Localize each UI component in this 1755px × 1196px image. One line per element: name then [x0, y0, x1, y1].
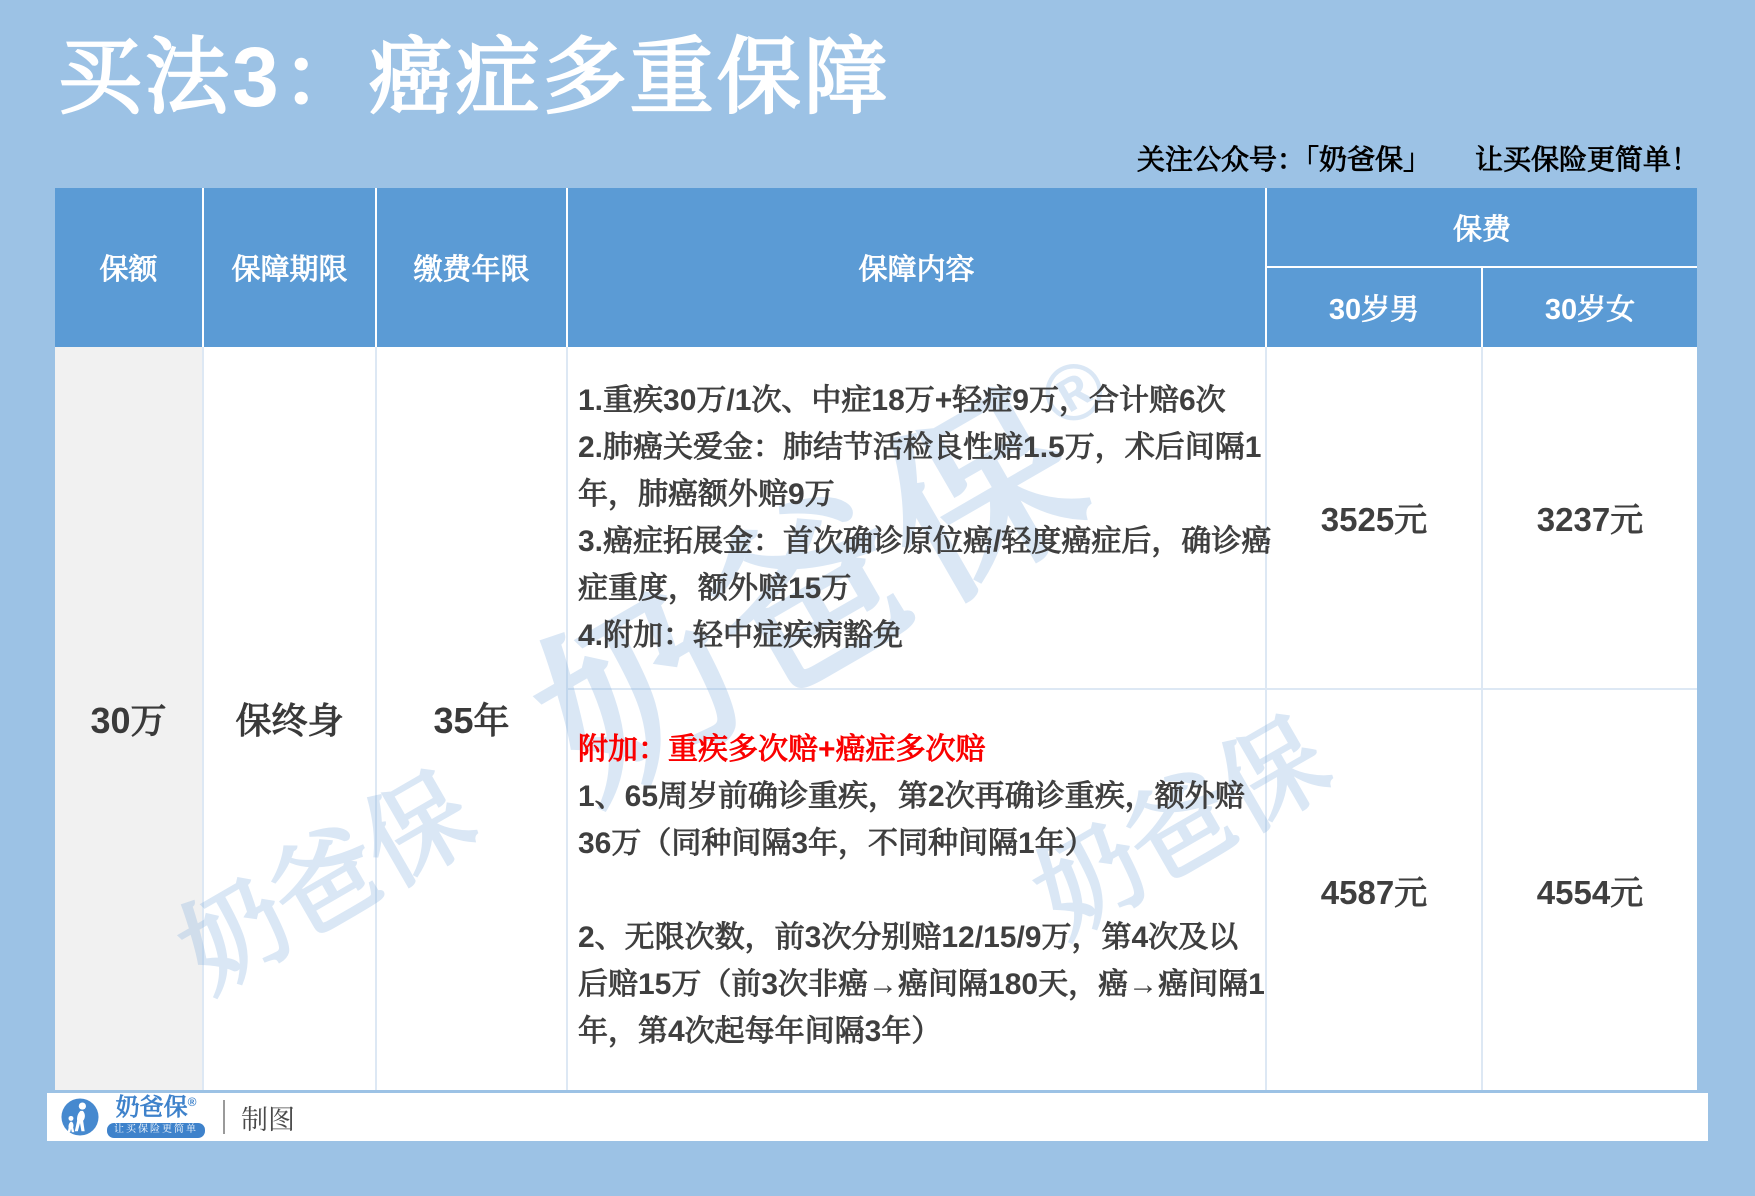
footer-caption: 制图: [241, 1098, 295, 1137]
cell-premium-female-row2: 4554元: [1483, 690, 1697, 1090]
cell-coverage-row2: 附加：重疾多次赔+癌症多次赔 1、65周岁前确诊重疾，第2次再确诊重疾，额外赔3…: [568, 690, 1267, 1090]
header-premium-male: 30岁男: [1267, 268, 1483, 347]
premium-male-row2: 4587元: [1321, 867, 1427, 914]
footer-divider: [223, 1100, 225, 1134]
notice-account: 关注公众号：「奶爸保」: [1137, 138, 1431, 178]
payment-years-value: 35年: [433, 693, 509, 744]
cell-premium-female-row1: 3237元: [1483, 347, 1697, 690]
cell-premium-male-row2: 4587元: [1267, 690, 1483, 1090]
notice: 关注公众号：「奶爸保」 让买保险更简单！: [1137, 138, 1699, 178]
header-premium: 保费: [1267, 188, 1697, 268]
cell-coverage-row1: 1.重疾30万/1次、中症18万+轻症9万，合计赔6次2.肺癌关爱金：肺结节活检…: [568, 347, 1267, 690]
registered-mark: ®: [188, 1095, 197, 1109]
brand-block: 奶爸保® 让买保险更简单: [107, 1096, 205, 1138]
amount-value: 30万: [90, 693, 166, 744]
insurance-table: 保额 保障期限 缴费年限 保障内容 保费 30岁男 30岁女 30万 保终身 3…: [55, 188, 1697, 1090]
premium-female-row2: 4554元: [1537, 867, 1643, 914]
brand-name: 奶爸保®: [116, 1096, 197, 1120]
header-premium-female: 30岁女: [1483, 268, 1697, 347]
header-coverage: 保障内容: [568, 188, 1267, 347]
brand-slogan-pill: 让买保险更简单: [107, 1123, 205, 1138]
header-amount: 保额: [55, 188, 204, 347]
cell-period: 保终身: [204, 347, 377, 1090]
header-period: 保障期限: [204, 188, 377, 347]
cell-amount: 30万: [55, 347, 204, 1090]
page-title: 买法3：癌症多重保障: [58, 10, 891, 131]
footer: 奶爸保® 让买保险更简单 制图: [47, 1093, 1708, 1141]
cell-payment-years: 35年: [377, 347, 568, 1090]
notice-slogan: 让买保险更简单！: [1475, 138, 1699, 178]
coverage-row2-lines: 1、65周岁前确诊重疾，第2次再确诊重疾，额外赔36万（同种间隔3年，不同种间隔…: [578, 773, 1265, 1055]
cell-premium-male-row1: 3525元: [1267, 347, 1483, 690]
infographic-page: 买法3：癌症多重保障 关注公众号：「奶爸保」 让买保险更简单！ 奶爸保® 奶爸保…: [0, 0, 1755, 1196]
period-value: 保终身: [235, 693, 343, 744]
addon-title: 附加：重疾多次赔+癌症多次赔: [578, 726, 986, 773]
premium-male-row1: 3525元: [1321, 494, 1427, 541]
premium-female-row1: 3237元: [1537, 494, 1643, 541]
header-payment-years: 缴费年限: [377, 188, 568, 347]
naibabao-logo-icon: [61, 1098, 99, 1136]
